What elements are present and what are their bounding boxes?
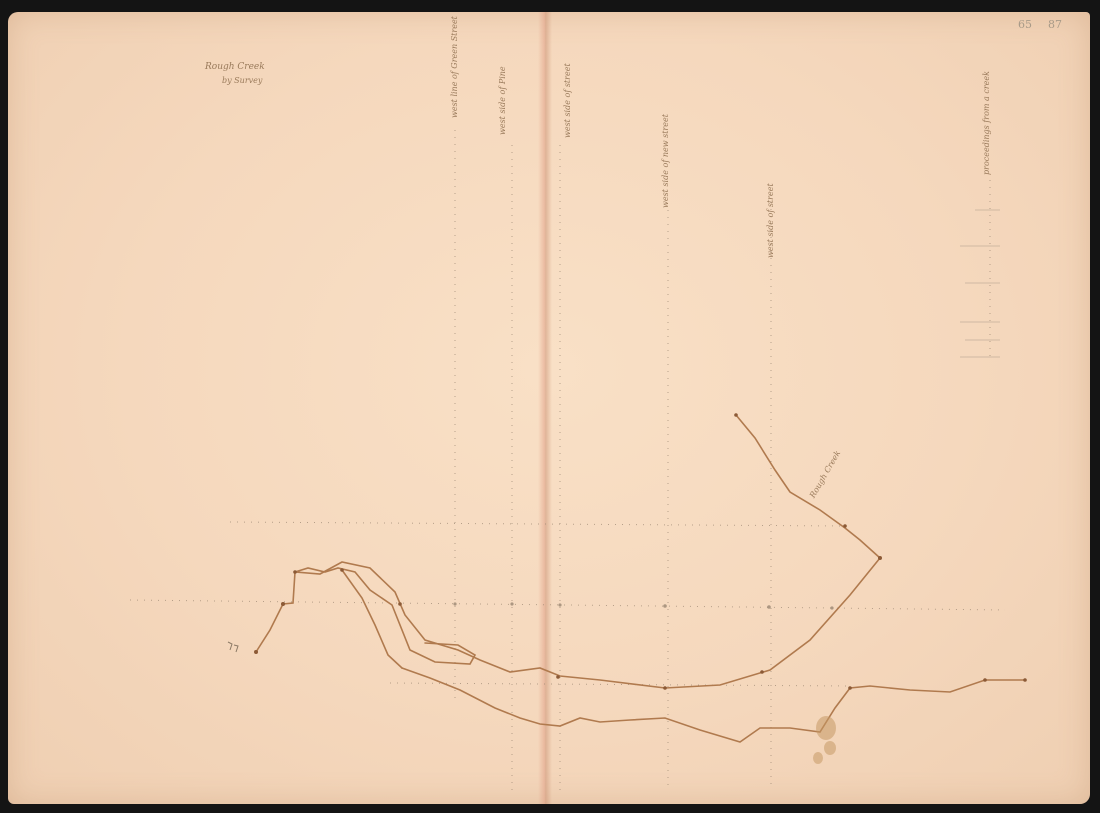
right-margin-note: proceedings from a creek bbox=[982, 71, 991, 175]
bank-stations bbox=[254, 413, 1027, 690]
column-label-2: west side of Pine bbox=[498, 66, 507, 135]
survey-grid bbox=[130, 130, 1005, 790]
column-label-5: west side of street bbox=[766, 183, 775, 258]
margin-ticks bbox=[960, 210, 1000, 357]
ink-stains bbox=[813, 716, 836, 764]
column-label-4: west side of new street bbox=[661, 114, 670, 208]
map-drawing bbox=[0, 0, 1100, 813]
catalog-number-2: 87 bbox=[1048, 18, 1062, 31]
column-label-1: west line of Green Street bbox=[450, 16, 459, 118]
grid-stations bbox=[453, 602, 833, 609]
column-label-3: west side of street bbox=[563, 63, 572, 138]
title-note-sub: by Survey bbox=[222, 76, 262, 85]
river-banks bbox=[256, 415, 1025, 742]
catalog-number-1: 65 bbox=[1018, 18, 1032, 31]
title-note: Rough Creek bbox=[205, 62, 265, 72]
station-marker bbox=[228, 642, 238, 652]
